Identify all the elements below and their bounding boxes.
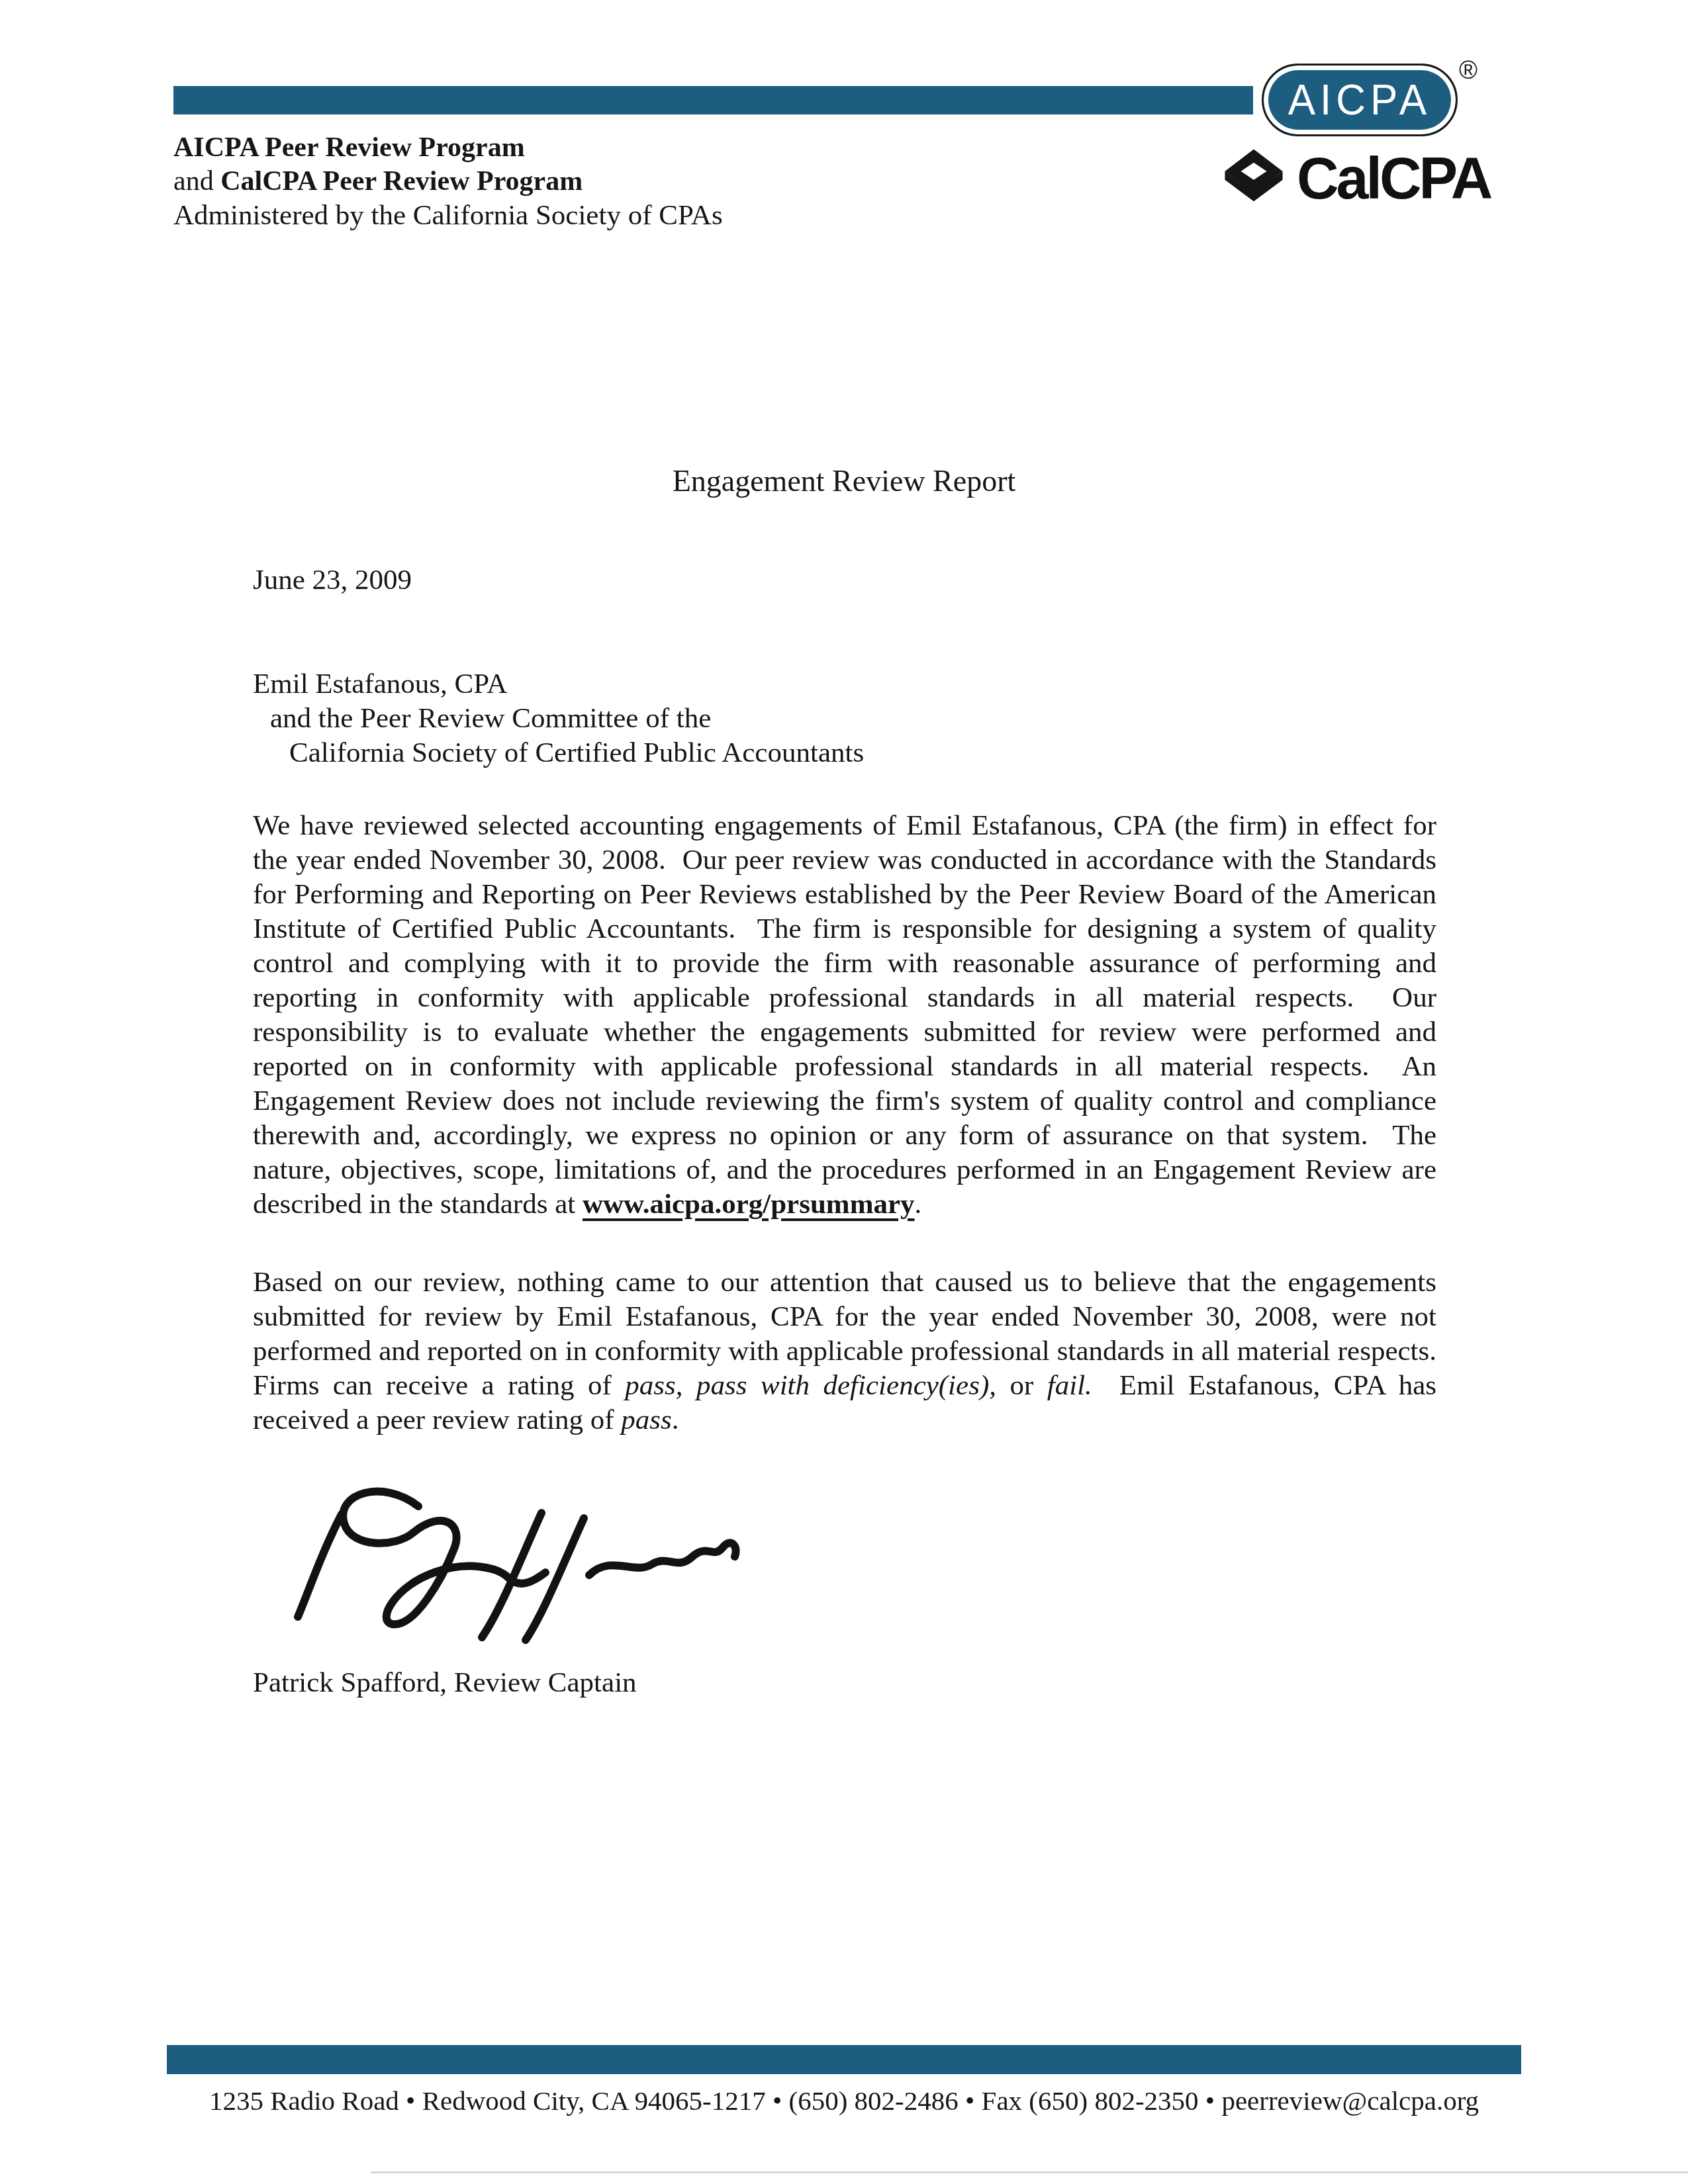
signer-name: Patrick Spafford, Review Captain [253, 1666, 637, 1699]
program-name-line1: AICPA Peer Review Program [173, 131, 723, 165]
letter-page: AICPA ® CalCPA AICPA Peer Review Program… [0, 0, 1688, 2184]
scan-artifact-line [371, 2171, 1688, 2173]
header-accent-bar [173, 86, 1253, 114]
paragraph-1-period: . [915, 1189, 922, 1220]
paragraph-2-seg4: . [672, 1404, 679, 1435]
footer-contact: 1235 Radio Road • Redwood City, CA 94065… [0, 2085, 1688, 2116]
program-name-line2-bold: CalCPA Peer Review Program [220, 166, 583, 197]
aicpa-logo: AICPA [1262, 64, 1458, 136]
signature-image [278, 1475, 781, 1660]
registered-trademark-icon: ® [1459, 57, 1477, 85]
calcpa-cube-icon [1220, 144, 1288, 212]
recipient-block: Emil Estafanous, CPA and the Peer Review… [253, 667, 864, 770]
program-administered-by: Administered by the California Society o… [173, 199, 723, 232]
document-title: Engagement Review Report [0, 463, 1688, 498]
recipient-name: Emil Estafanous, CPA [253, 667, 864, 702]
program-header: AICPA Peer Review Program and CalCPA Pee… [173, 131, 723, 232]
letter-date: June 23, 2009 [253, 564, 412, 596]
aicpa-prsummary-link[interactable]: www.aicpa.org/prsummary [583, 1189, 915, 1220]
aicpa-logo-text: AICPA [1288, 75, 1431, 125]
body-paragraph-2: Based on our review, nothing came to our… [253, 1265, 1436, 1437]
paragraph-2-italic-ratings: pass, pass with deficiency(ies), [625, 1370, 996, 1401]
paragraph-2-italic-fail: fail. [1047, 1370, 1092, 1401]
paragraph-2-seg2: or [996, 1370, 1047, 1401]
recipient-line2: and the Peer Review Committee of the [253, 702, 864, 736]
recipient-line3: California Society of Certified Public A… [253, 736, 864, 770]
paragraph-2-italic-pass: pass [621, 1404, 671, 1435]
paragraph-1-text: We have reviewed selected accounting eng… [253, 810, 1444, 1220]
calcpa-logo-text: CalCPA [1297, 144, 1490, 212]
body-paragraph-1: We have reviewed selected accounting eng… [253, 809, 1436, 1222]
footer-accent-bar [167, 2045, 1521, 2074]
calcpa-logo: CalCPA [1220, 144, 1490, 212]
program-name-line2-prefix: and [173, 166, 220, 197]
program-name-line2: and CalCPA Peer Review Program [173, 165, 723, 199]
